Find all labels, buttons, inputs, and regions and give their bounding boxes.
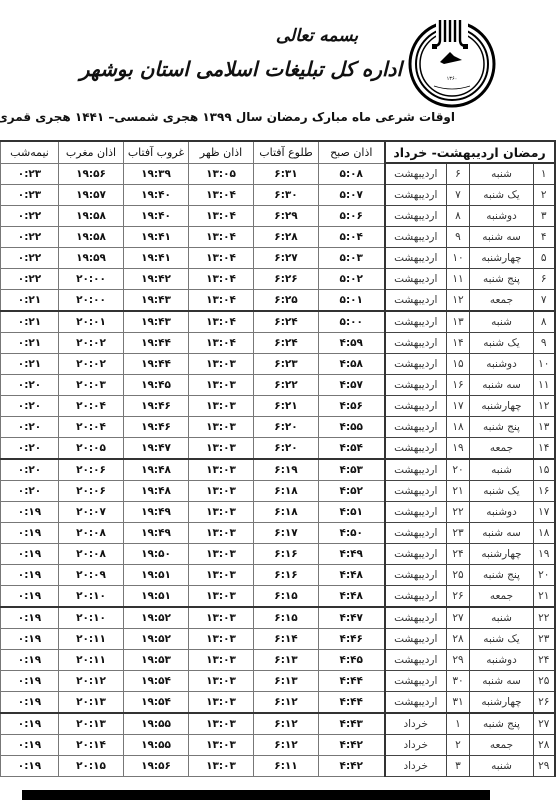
table-row: ۲۲شنبه۲۷اردیبهشت۴:۴۷۶:۱۵۱۳:۰۳۱۹:۵۲۲۰:۱۰۰…: [1, 607, 555, 629]
column-header-nimeshab: نیمه‌شب: [1, 141, 59, 163]
time-ghorub: ۱۹:۵۶: [124, 756, 189, 777]
row-number: ۲: [534, 185, 555, 206]
time-maghrib: ۱۹:۵۹: [59, 248, 124, 269]
time-maghrib: ۲۰:۰۰: [59, 269, 124, 290]
time-sobh: ۴:۴۲: [319, 735, 385, 756]
table-row: ۲۴دوشنبه۲۹اردیبهشت۴:۴۵۶:۱۳۱۳:۰۳۱۹:۵۳۲۰:۱…: [1, 650, 555, 671]
weekday: پنج شنبه: [470, 713, 534, 735]
time-tolu: ۶:۱۸: [254, 481, 319, 502]
day-of-month: ۲۸: [447, 629, 470, 650]
table-row: ۲۰پنج شنبه۲۵اردیبهشت۴:۴۸۶:۱۶۱۳:۰۳۱۹:۵۱۲۰…: [1, 565, 555, 586]
table-row: ۵چهارشنبه۱۰اردیبهشت۵:۰۳۶:۲۷۱۳:۰۴۱۹:۴۱۱۹:…: [1, 248, 555, 269]
day-of-month: ۱۷: [447, 396, 470, 417]
table-row: ۱۳پنج شنبه۱۸اردیبهشت۴:۵۵۶:۲۰۱۳:۰۳۱۹:۴۶۲۰…: [1, 417, 555, 438]
time-sobh: ۵:۰۷: [319, 185, 385, 206]
table-row: ۲۵سه شنبه۳۰اردیبهشت۴:۴۴۶:۱۳۱۳:۰۳۱۹:۵۴۲۰:…: [1, 671, 555, 692]
time-zohr: ۱۳:۰۳: [189, 756, 254, 777]
month: اردیبهشت: [385, 206, 447, 227]
time-nimeshab: ۰:۱۹: [1, 629, 59, 650]
time-zohr: ۱۳:۰۴: [189, 206, 254, 227]
row-number: ۲۲: [534, 607, 555, 629]
time-maghrib: ۲۰:۱۱: [59, 650, 124, 671]
time-maghrib: ۲۰:۰۸: [59, 544, 124, 565]
day-of-month: ۱۱: [447, 269, 470, 290]
time-sobh: ۵:۰۸: [319, 163, 385, 185]
row-number: ۲۷: [534, 713, 555, 735]
weekday: سه شنبه: [470, 523, 534, 544]
row-number: ۱۸: [534, 523, 555, 544]
day-of-month: ۱۶: [447, 375, 470, 396]
day-of-month: ۲۲: [447, 502, 470, 523]
weekday: شنبه: [470, 756, 534, 777]
time-nimeshab: ۰:۲۱: [1, 354, 59, 375]
time-zohr: ۱۳:۰۳: [189, 502, 254, 523]
month: اردیبهشت: [385, 459, 447, 481]
time-sobh: ۵:۰۳: [319, 248, 385, 269]
month: اردیبهشت: [385, 227, 447, 248]
prayer-times-table: رمضان اردیبهشت- خرداد اذان صبح طلوع آفتا…: [0, 140, 556, 777]
time-ghorub: ۱۹:۵۴: [124, 692, 189, 714]
time-nimeshab: ۰:۲۰: [1, 438, 59, 460]
time-tolu: ۶:۲۰: [254, 417, 319, 438]
time-sobh: ۴:۵۶: [319, 396, 385, 417]
table-row: ۲۹شنبه۳خرداد۴:۴۲۶:۱۱۱۳:۰۳۱۹:۵۶۲۰:۱۵۰:۱۹: [1, 756, 555, 777]
time-zohr: ۱۳:۰۳: [189, 607, 254, 629]
time-tolu: ۶:۱۲: [254, 713, 319, 735]
time-maghrib: ۲۰:۰۲: [59, 354, 124, 375]
month: اردیبهشت: [385, 185, 447, 206]
day-of-month: ۲۱: [447, 481, 470, 502]
time-maghrib: ۲۰:۰۳: [59, 375, 124, 396]
weekday: دوشنبه: [470, 650, 534, 671]
table-row: ۲۱جمعه۲۶اردیبهشت۴:۴۸۶:۱۵۱۳:۰۳۱۹:۵۱۲۰:۱۰۰…: [1, 586, 555, 608]
time-maghrib: ۲۰:۰۴: [59, 396, 124, 417]
day-of-month: ۲۵: [447, 565, 470, 586]
table-row: ۱شنبه۶اردیبهشت۵:۰۸۶:۳۱۱۳:۰۵۱۹:۳۹۱۹:۵۶۰:۲…: [1, 163, 555, 185]
time-maghrib: ۱۹:۵۶: [59, 163, 124, 185]
time-zohr: ۱۳:۰۳: [189, 692, 254, 714]
month: اردیبهشت: [385, 354, 447, 375]
time-nimeshab: ۰:۲۳: [1, 163, 59, 185]
time-sobh: ۴:۴۴: [319, 671, 385, 692]
time-nimeshab: ۰:۲۰: [1, 417, 59, 438]
time-maghrib: ۲۰:۱۳: [59, 713, 124, 735]
table-row: ۶پنج شنبه۱۱اردیبهشت۵:۰۲۶:۲۶۱۳:۰۴۱۹:۴۲۲۰:…: [1, 269, 555, 290]
time-nimeshab: ۰:۲۲: [1, 248, 59, 269]
month: اردیبهشت: [385, 544, 447, 565]
month: اردیبهشت: [385, 650, 447, 671]
row-number: ۶: [534, 269, 555, 290]
month: اردیبهشت: [385, 333, 447, 354]
time-tolu: ۶:۲۵: [254, 290, 319, 312]
time-ghorub: ۱۹:۴۱: [124, 248, 189, 269]
time-nimeshab: ۰:۲۱: [1, 333, 59, 354]
day-of-month: ۱۲: [447, 290, 470, 312]
day-of-month: ۲۶: [447, 586, 470, 608]
time-maghrib: ۲۰:۱۳: [59, 692, 124, 714]
time-zohr: ۱۳:۰۳: [189, 735, 254, 756]
row-number: ۱۶: [534, 481, 555, 502]
weekday: چهارشنبه: [470, 544, 534, 565]
month: خرداد: [385, 713, 447, 735]
time-maghrib: ۲۰:۰۶: [59, 481, 124, 502]
time-tolu: ۶:۱۵: [254, 607, 319, 629]
month: اردیبهشت: [385, 311, 447, 333]
time-ghorub: ۱۹:۴۰: [124, 206, 189, 227]
table-row: ۲۸جمعه۲خرداد۴:۴۲۶:۱۲۱۳:۰۳۱۹:۵۵۲۰:۱۴۰:۱۹: [1, 735, 555, 756]
time-zohr: ۱۳:۰۴: [189, 227, 254, 248]
time-zohr: ۱۳:۰۳: [189, 713, 254, 735]
table-row: ۱۱سه شنبه۱۶اردیبهشت۴:۵۷۶:۲۲۱۳:۰۳۱۹:۴۵۲۰:…: [1, 375, 555, 396]
weekday: یک شنبه: [470, 629, 534, 650]
time-tolu: ۶:۱۳: [254, 671, 319, 692]
table-row: ۱۷دوشنبه۲۲اردیبهشت۴:۵۱۶:۱۸۱۳:۰۳۱۹:۴۹۲۰:۰…: [1, 502, 555, 523]
row-number: ۱۳: [534, 417, 555, 438]
month: اردیبهشت: [385, 438, 447, 460]
time-nimeshab: ۰:۱۹: [1, 713, 59, 735]
time-maghrib: ۲۰:۱۲: [59, 671, 124, 692]
month: اردیبهشت: [385, 481, 447, 502]
time-tolu: ۶:۳۱: [254, 163, 319, 185]
time-zohr: ۱۳:۰۳: [189, 417, 254, 438]
day-of-month: ۲۹: [447, 650, 470, 671]
time-ghorub: ۱۹:۴۰: [124, 185, 189, 206]
time-tolu: ۶:۱۷: [254, 523, 319, 544]
time-maghrib: ۲۰:۰۷: [59, 502, 124, 523]
time-tolu: ۶:۱۵: [254, 586, 319, 608]
time-zohr: ۱۳:۰۳: [189, 565, 254, 586]
column-header-ghorub: غروب آفتاب: [124, 141, 189, 163]
row-number: ۲۴: [534, 650, 555, 671]
time-nimeshab: ۰:۲۲: [1, 269, 59, 290]
time-maghrib: ۲۰:۰۰: [59, 290, 124, 312]
day-of-month: ۸: [447, 206, 470, 227]
day-of-month: ۱۰: [447, 248, 470, 269]
day-of-month: ۲۳: [447, 523, 470, 544]
time-maghrib: ۲۰:۱۰: [59, 586, 124, 608]
time-zohr: ۱۳:۰۳: [189, 523, 254, 544]
time-maghrib: ۲۰:۱۱: [59, 629, 124, 650]
table-row: ۱۰دوشنبه۱۵اردیبهشت۴:۵۸۶:۲۳۱۳:۰۳۱۹:۴۴۲۰:۰…: [1, 354, 555, 375]
table-row: ۴سه شنبه۹اردیبهشت۵:۰۴۶:۲۸۱۳:۰۴۱۹:۴۱۱۹:۵۸…: [1, 227, 555, 248]
month: اردیبهشت: [385, 375, 447, 396]
weekday: چهارشنبه: [470, 692, 534, 714]
time-maghrib: ۲۰:۰۸: [59, 523, 124, 544]
weekday: یک شنبه: [470, 333, 534, 354]
column-header-tolu: طلوع آفتاب: [254, 141, 319, 163]
month: اردیبهشت: [385, 671, 447, 692]
time-nimeshab: ۰:۱۹: [1, 671, 59, 692]
time-sobh: ۵:۰۲: [319, 269, 385, 290]
weekday: پنج شنبه: [470, 565, 534, 586]
time-sobh: ۴:۴۲: [319, 756, 385, 777]
svg-text:۱۳۶۰: ۱۳۶۰: [447, 76, 458, 82]
time-sobh: ۵:۰۱: [319, 290, 385, 312]
time-sobh: ۴:۴۵: [319, 650, 385, 671]
time-zohr: ۱۳:۰۴: [189, 311, 254, 333]
time-sobh: ۴:۴۷: [319, 607, 385, 629]
time-zohr: ۱۳:۰۳: [189, 586, 254, 608]
time-nimeshab: ۰:۱۹: [1, 756, 59, 777]
time-zohr: ۱۳:۰۴: [189, 290, 254, 312]
time-zohr: ۱۳:۰۴: [189, 248, 254, 269]
row-number: ۸: [534, 311, 555, 333]
weekday: یک شنبه: [470, 481, 534, 502]
time-zohr: ۱۳:۰۴: [189, 269, 254, 290]
time-zohr: ۱۳:۰۳: [189, 544, 254, 565]
time-nimeshab: ۰:۱۹: [1, 544, 59, 565]
row-number: ۱۴: [534, 438, 555, 460]
time-ghorub: ۱۹:۵۳: [124, 650, 189, 671]
time-sobh: ۴:۵۰: [319, 523, 385, 544]
time-ghorub: ۱۹:۴۲: [124, 269, 189, 290]
time-maghrib: ۲۰:۱۰: [59, 607, 124, 629]
time-maghrib: ۱۹:۵۷: [59, 185, 124, 206]
time-nimeshab: ۰:۲۳: [1, 185, 59, 206]
logo-emblem-icon: ۱۳۶۰: [404, 14, 504, 110]
day-of-month: ۱: [447, 713, 470, 735]
column-header-sobh: اذان صبح: [319, 141, 385, 163]
time-nimeshab: ۰:۱۹: [1, 586, 59, 608]
month: اردیبهشت: [385, 417, 447, 438]
time-ghorub: ۱۹:۴۱: [124, 227, 189, 248]
row-number: ۵: [534, 248, 555, 269]
time-maghrib: ۲۰:۱۴: [59, 735, 124, 756]
row-number: ۳: [534, 206, 555, 227]
day-of-month: ۱۳: [447, 311, 470, 333]
weekday: پنج شنبه: [470, 417, 534, 438]
time-nimeshab: ۰:۱۹: [1, 735, 59, 756]
table-row: ۱۲چهارشنبه۱۷اردیبهشت۴:۵۶۶:۲۱۱۳:۰۳۱۹:۴۶۲۰…: [1, 396, 555, 417]
time-zohr: ۱۳:۰۳: [189, 396, 254, 417]
table-row: ۹یک شنبه۱۴اردیبهشت۴:۵۹۶:۲۴۱۳:۰۴۱۹:۴۴۲۰:۰…: [1, 333, 555, 354]
time-tolu: ۶:۲۹: [254, 206, 319, 227]
time-maghrib: ۲۰:۰۵: [59, 438, 124, 460]
day-of-month: ۲: [447, 735, 470, 756]
time-ghorub: ۱۹:۴۸: [124, 459, 189, 481]
time-tolu: ۶:۳۰: [254, 185, 319, 206]
row-number: ۲۹: [534, 756, 555, 777]
table-row: ۱۹چهارشنبه۲۴اردیبهشت۴:۴۹۶:۱۶۱۳:۰۳۱۹:۵۰۲۰…: [1, 544, 555, 565]
time-zohr: ۱۳:۰۴: [189, 185, 254, 206]
time-zohr: ۱۳:۰۴: [189, 333, 254, 354]
time-tolu: ۶:۱۱: [254, 756, 319, 777]
time-ghorub: ۱۹:۵۲: [124, 629, 189, 650]
time-maghrib: ۱۹:۵۸: [59, 227, 124, 248]
time-nimeshab: ۰:۱۹: [1, 650, 59, 671]
table-row: ۱۴جمعه۱۹اردیبهشت۴:۵۴۶:۲۰۱۳:۰۳۱۹:۴۷۲۰:۰۵۰…: [1, 438, 555, 460]
weekday: دوشنبه: [470, 354, 534, 375]
column-header-date: رمضان اردیبهشت- خرداد: [385, 141, 555, 163]
row-number: ۹: [534, 333, 555, 354]
table-row: ۸شنبه۱۳اردیبهشت۵:۰۰۶:۲۴۱۳:۰۴۱۹:۴۳۲۰:۰۱۰:…: [1, 311, 555, 333]
time-nimeshab: ۰:۱۹: [1, 607, 59, 629]
time-sobh: ۴:۵۲: [319, 481, 385, 502]
time-zohr: ۱۳:۰۳: [189, 671, 254, 692]
time-tolu: ۶:۲۴: [254, 311, 319, 333]
time-ghorub: ۱۹:۵۴: [124, 671, 189, 692]
time-tolu: ۶:۲۲: [254, 375, 319, 396]
time-tolu: ۶:۱۸: [254, 502, 319, 523]
row-number: ۲۰: [534, 565, 555, 586]
time-zohr: ۱۳:۰۳: [189, 481, 254, 502]
day-of-month: ۶: [447, 163, 470, 185]
row-number: ۴: [534, 227, 555, 248]
weekday: سه شنبه: [470, 227, 534, 248]
time-zohr: ۱۳:۰۳: [189, 459, 254, 481]
row-number: ۱۹: [534, 544, 555, 565]
time-ghorub: ۱۹:۵۰: [124, 544, 189, 565]
month: اردیبهشت: [385, 607, 447, 629]
time-tolu: ۶:۱۲: [254, 735, 319, 756]
time-nimeshab: ۰:۲۲: [1, 206, 59, 227]
month: اردیبهشت: [385, 290, 447, 312]
time-sobh: ۴:۵۳: [319, 459, 385, 481]
day-of-month: ۲۰: [447, 459, 470, 481]
time-nimeshab: ۰:۲۱: [1, 290, 59, 312]
time-ghorub: ۱۹:۴۷: [124, 438, 189, 460]
time-sobh: ۴:۴۸: [319, 565, 385, 586]
month: اردیبهشت: [385, 502, 447, 523]
time-sobh: ۴:۴۸: [319, 586, 385, 608]
time-tolu: ۶:۲۶: [254, 269, 319, 290]
row-number: ۲۳: [534, 629, 555, 650]
time-maghrib: ۲۰:۱۵: [59, 756, 124, 777]
row-number: ۱۰: [534, 354, 555, 375]
month: اردیبهشت: [385, 396, 447, 417]
table-row: ۱۶یک شنبه۲۱اردیبهشت۴:۵۲۶:۱۸۱۳:۰۳۱۹:۴۸۲۰:…: [1, 481, 555, 502]
weekday: جمعه: [470, 438, 534, 460]
time-sobh: ۴:۵۱: [319, 502, 385, 523]
time-maghrib: ۲۰:۰۹: [59, 565, 124, 586]
time-tolu: ۶:۲۱: [254, 396, 319, 417]
weekday: دوشنبه: [470, 206, 534, 227]
row-number: ۷: [534, 290, 555, 312]
day-of-month: ۲۷: [447, 607, 470, 629]
row-number: ۱: [534, 163, 555, 185]
time-nimeshab: ۰:۲۰: [1, 396, 59, 417]
time-tolu: ۶:۱۴: [254, 629, 319, 650]
time-tolu: ۶:۱۲: [254, 692, 319, 714]
time-nimeshab: ۰:۲۰: [1, 459, 59, 481]
day-of-month: ۱۵: [447, 354, 470, 375]
row-number: ۲۵: [534, 671, 555, 692]
time-zohr: ۱۳:۰۳: [189, 438, 254, 460]
time-sobh: ۴:۵۸: [319, 354, 385, 375]
time-ghorub: ۱۹:۴۹: [124, 502, 189, 523]
organization-title: اداره کل تبلیغات اسلامی استان بوشهر: [158, 57, 402, 81]
row-number: ۱۱: [534, 375, 555, 396]
time-ghorub: ۱۹:۳۹: [124, 163, 189, 185]
time-tolu: ۶:۲۳: [254, 354, 319, 375]
weekday: سه شنبه: [470, 671, 534, 692]
time-zohr: ۱۳:۰۵: [189, 163, 254, 185]
time-sobh: ۴:۵۵: [319, 417, 385, 438]
time-ghorub: ۱۹:۵۲: [124, 607, 189, 629]
time-nimeshab: ۰:۱۹: [1, 565, 59, 586]
day-of-month: ۱۴: [447, 333, 470, 354]
table-header-row: رمضان اردیبهشت- خرداد اذان صبح طلوع آفتا…: [1, 141, 555, 163]
time-tolu: ۶:۱۳: [254, 650, 319, 671]
month: اردیبهشت: [385, 523, 447, 544]
time-sobh: ۵:۰۴: [319, 227, 385, 248]
day-of-month: ۹: [447, 227, 470, 248]
table-row: ۳دوشنبه۸اردیبهشت۵:۰۶۶:۲۹۱۳:۰۴۱۹:۴۰۱۹:۵۸۰…: [1, 206, 555, 227]
time-ghorub: ۱۹:۵۵: [124, 713, 189, 735]
weekday: جمعه: [470, 586, 534, 608]
weekday: جمعه: [470, 735, 534, 756]
time-tolu: ۶:۲۸: [254, 227, 319, 248]
time-sobh: ۴:۵۹: [319, 333, 385, 354]
time-zohr: ۱۳:۰۳: [189, 650, 254, 671]
time-nimeshab: ۰:۲۲: [1, 227, 59, 248]
row-number: ۲۸: [534, 735, 555, 756]
weekday: جمعه: [470, 290, 534, 312]
day-of-month: ۱۸: [447, 417, 470, 438]
row-number: ۲۱: [534, 586, 555, 608]
row-number: ۱۲: [534, 396, 555, 417]
day-of-month: ۳: [447, 756, 470, 777]
time-sobh: ۴:۵۴: [319, 438, 385, 460]
time-maghrib: ۲۰:۰۴: [59, 417, 124, 438]
time-tolu: ۶:۱۶: [254, 544, 319, 565]
time-maghrib: ۱۹:۵۸: [59, 206, 124, 227]
time-nimeshab: ۰:۲۰: [1, 481, 59, 502]
time-tolu: ۶:۲۷: [254, 248, 319, 269]
document-subtitle: اوقات شرعی ماه مبارک رمضان سال ۱۳۹۹ هجری…: [110, 110, 455, 124]
time-maghrib: ۲۰:۰۱: [59, 311, 124, 333]
time-ghorub: ۱۹:۵۱: [124, 586, 189, 608]
weekday: دوشنبه: [470, 502, 534, 523]
day-of-month: ۳۱: [447, 692, 470, 714]
time-maghrib: ۲۰:۰۶: [59, 459, 124, 481]
time-sobh: ۴:۵۷: [319, 375, 385, 396]
time-ghorub: ۱۹:۴۳: [124, 311, 189, 333]
time-zohr: ۱۳:۰۳: [189, 354, 254, 375]
table-row: ۲۳یک شنبه۲۸اردیبهشت۴:۴۶۶:۱۴۱۳:۰۳۱۹:۵۲۲۰:…: [1, 629, 555, 650]
column-header-zohr: اذان ظهر: [189, 141, 254, 163]
time-sobh: ۴:۴۳: [319, 713, 385, 735]
weekday: پنج شنبه: [470, 269, 534, 290]
day-of-month: ۳۰: [447, 671, 470, 692]
month: خرداد: [385, 735, 447, 756]
time-ghorub: ۱۹:۴۳: [124, 290, 189, 312]
month: اردیبهشت: [385, 692, 447, 714]
time-ghorub: ۱۹:۴۶: [124, 396, 189, 417]
time-maghrib: ۲۰:۰۲: [59, 333, 124, 354]
weekday: سه شنبه: [470, 375, 534, 396]
table-row: ۱۸سه شنبه۲۳اردیبهشت۴:۵۰۶:۱۷۱۳:۰۳۱۹:۴۹۲۰:…: [1, 523, 555, 544]
time-zohr: ۱۳:۰۳: [189, 629, 254, 650]
weekday: یک شنبه: [470, 185, 534, 206]
time-ghorub: ۱۹:۴۴: [124, 354, 189, 375]
time-ghorub: ۱۹:۴۶: [124, 417, 189, 438]
month: اردیبهشت: [385, 629, 447, 650]
time-nimeshab: ۰:۱۹: [1, 502, 59, 523]
time-tolu: ۶:۲۰: [254, 438, 319, 460]
weekday: چهارشنبه: [470, 248, 534, 269]
weekday: شنبه: [470, 607, 534, 629]
time-sobh: ۵:۰۰: [319, 311, 385, 333]
month: اردیبهشت: [385, 586, 447, 608]
weekday: شنبه: [470, 163, 534, 185]
footer-bar: [22, 790, 490, 800]
table-row: ۲یک شنبه۷اردیبهشت۵:۰۷۶:۳۰۱۳:۰۴۱۹:۴۰۱۹:۵۷…: [1, 185, 555, 206]
row-number: ۲۶: [534, 692, 555, 714]
time-ghorub: ۱۹:۴۴: [124, 333, 189, 354]
time-sobh: ۵:۰۶: [319, 206, 385, 227]
table-row: ۷جمعه۱۲اردیبهشت۵:۰۱۶:۲۵۱۳:۰۴۱۹:۴۳۲۰:۰۰۰:…: [1, 290, 555, 312]
